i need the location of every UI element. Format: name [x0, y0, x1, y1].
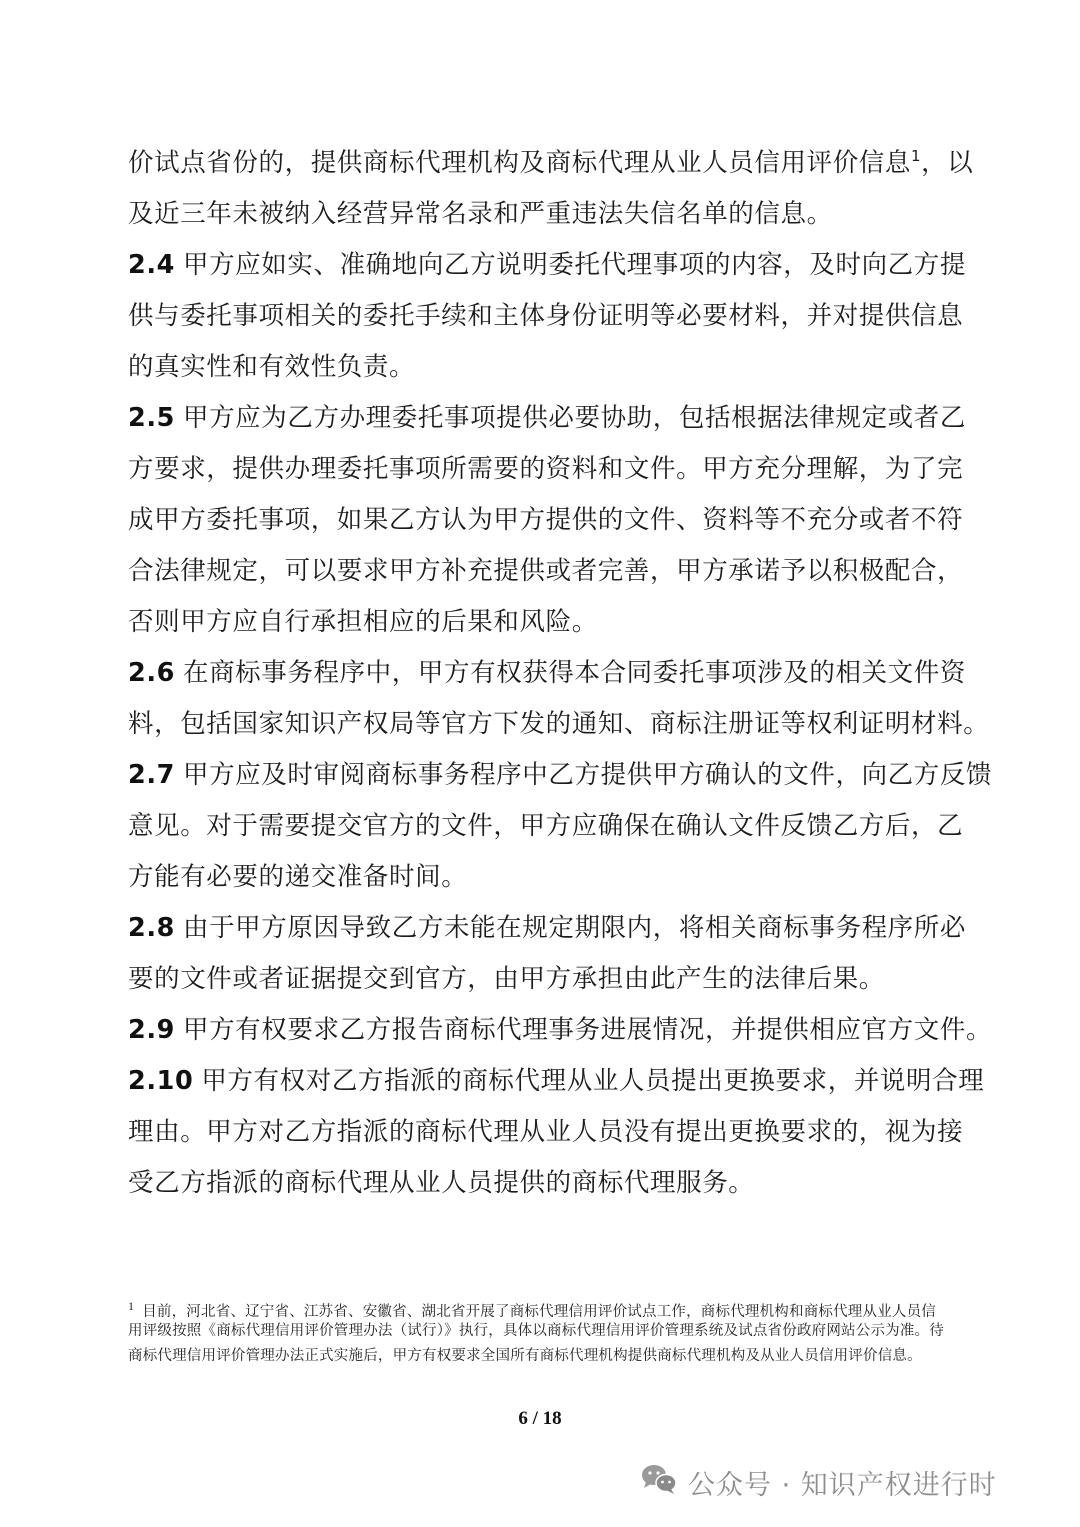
- footnote-mark: 1: [128, 1299, 134, 1313]
- text-line: 要的文件或者证据提交到官方，由甲方承担由此产生的法律后果。: [128, 954, 954, 1005]
- text-line: 成甲方委托事项，如果乙方认为甲方提供的文件、资料等不充分或者不符: [128, 495, 954, 546]
- text-line: 的真实性和有效性负责。: [128, 342, 954, 393]
- watermark-text: 公众号 · 知识产权进行时: [688, 1463, 997, 1502]
- clause-2-9: 2.9甲方有权要求乙方报告商标代理事务进展情况，并提供相应官方文件。: [128, 1005, 954, 1056]
- clause-number: 2.5: [128, 403, 175, 433]
- footnote-reference[interactable]: 1: [911, 147, 921, 165]
- text-line: 价试点省份的，提供商标代理机构及商标代理从业人员信用评价信息1，以: [128, 138, 954, 189]
- clause-number: 2.6: [128, 658, 175, 688]
- clause-number: 2.8: [128, 913, 175, 943]
- text-line: 方能有必要的递交准备时间。: [128, 852, 954, 903]
- text-line: 合法律规定，可以要求甲方补充提供或者完善，甲方承诺予以积极配合，: [128, 546, 954, 597]
- page-number: 6 / 18: [0, 1408, 1080, 1430]
- text-line: 及近三年未被纳入经营异常名录和严重违法失信名单的信息。: [128, 189, 954, 240]
- clause-2-8: 2.8由于甲方原因导致乙方未能在规定期限内，将相关商标事务程序所必: [128, 903, 954, 954]
- wechat-watermark: 公众号 · 知识产权进行时: [640, 1462, 997, 1502]
- text-line: 否则甲方应自行承担相应的后果和风险。: [128, 597, 954, 648]
- text-line: 理由。甲方对乙方指派的商标代理从业人员没有提出更换要求的，视为接: [128, 1107, 954, 1158]
- footnote: 1目前，河北省、辽宁省、江苏省、安徽省、湖北省开展了商标代理信用评价试点工作，商…: [128, 1294, 958, 1369]
- text-line: 供与委托事项相关的委托手续和主体身份证明等必要材料，并对提供信息: [128, 291, 954, 342]
- text-line: 受乙方指派的商标代理从业人员提供的商标代理服务。: [128, 1158, 954, 1209]
- text-line: 料，包括国家知识产权局等官方下发的通知、商标注册证等权利证明材料。: [128, 699, 954, 750]
- wechat-icon: [640, 1463, 688, 1502]
- clause-2-4: 2.4甲方应如实、准确地向乙方说明委托代理事项的内容，及时向乙方提: [128, 240, 954, 291]
- text-line: 方要求，提供办理委托事项所需要的资料和文件。甲方充分理解，为了完: [128, 444, 954, 495]
- clause-number: 2.10: [128, 1066, 193, 1096]
- clause-2-10: 2.10甲方有权对乙方指派的商标代理从业人员提出更换要求，并说明合理: [128, 1056, 954, 1107]
- clause-number: 2.7: [128, 760, 175, 790]
- document-page: 价试点省份的，提供商标代理机构及商标代理从业人员信用评价信息1，以 及近三年未被…: [0, 0, 1080, 1527]
- footnote-line: 商标代理信用评价管理办法正式实施后，甲方有权要求全国所有商标代理机构提供商标代理…: [128, 1344, 958, 1369]
- clause-2-5: 2.5甲方应为乙方办理委托事项提供必要协助，包括根据法律规定或者乙: [128, 393, 954, 444]
- body-text: 价试点省份的，提供商标代理机构及商标代理从业人员信用评价信息1，以 及近三年未被…: [128, 138, 954, 1209]
- clause-2-7: 2.7甲方应及时审阅商标事务程序中乙方提供甲方确认的文件，向乙方反馈: [128, 750, 954, 801]
- clause-number: 2.4: [128, 250, 175, 280]
- clause-2-6: 2.6在商标事务程序中，甲方有权获得本合同委托事项涉及的相关文件资: [128, 648, 954, 699]
- text-line: 意见。对于需要提交官方的文件，甲方应确保在确认文件反馈乙方后，乙: [128, 801, 954, 852]
- footnote-line: 1目前，河北省、辽宁省、江苏省、安徽省、湖北省开展了商标代理信用评价试点工作，商…: [128, 1294, 958, 1319]
- clause-number: 2.9: [128, 1015, 175, 1045]
- footnote-line: 用评级按照《商标代理信用评价管理办法（试行）》执行，具体以商标代理信用评价管理系…: [128, 1319, 958, 1344]
